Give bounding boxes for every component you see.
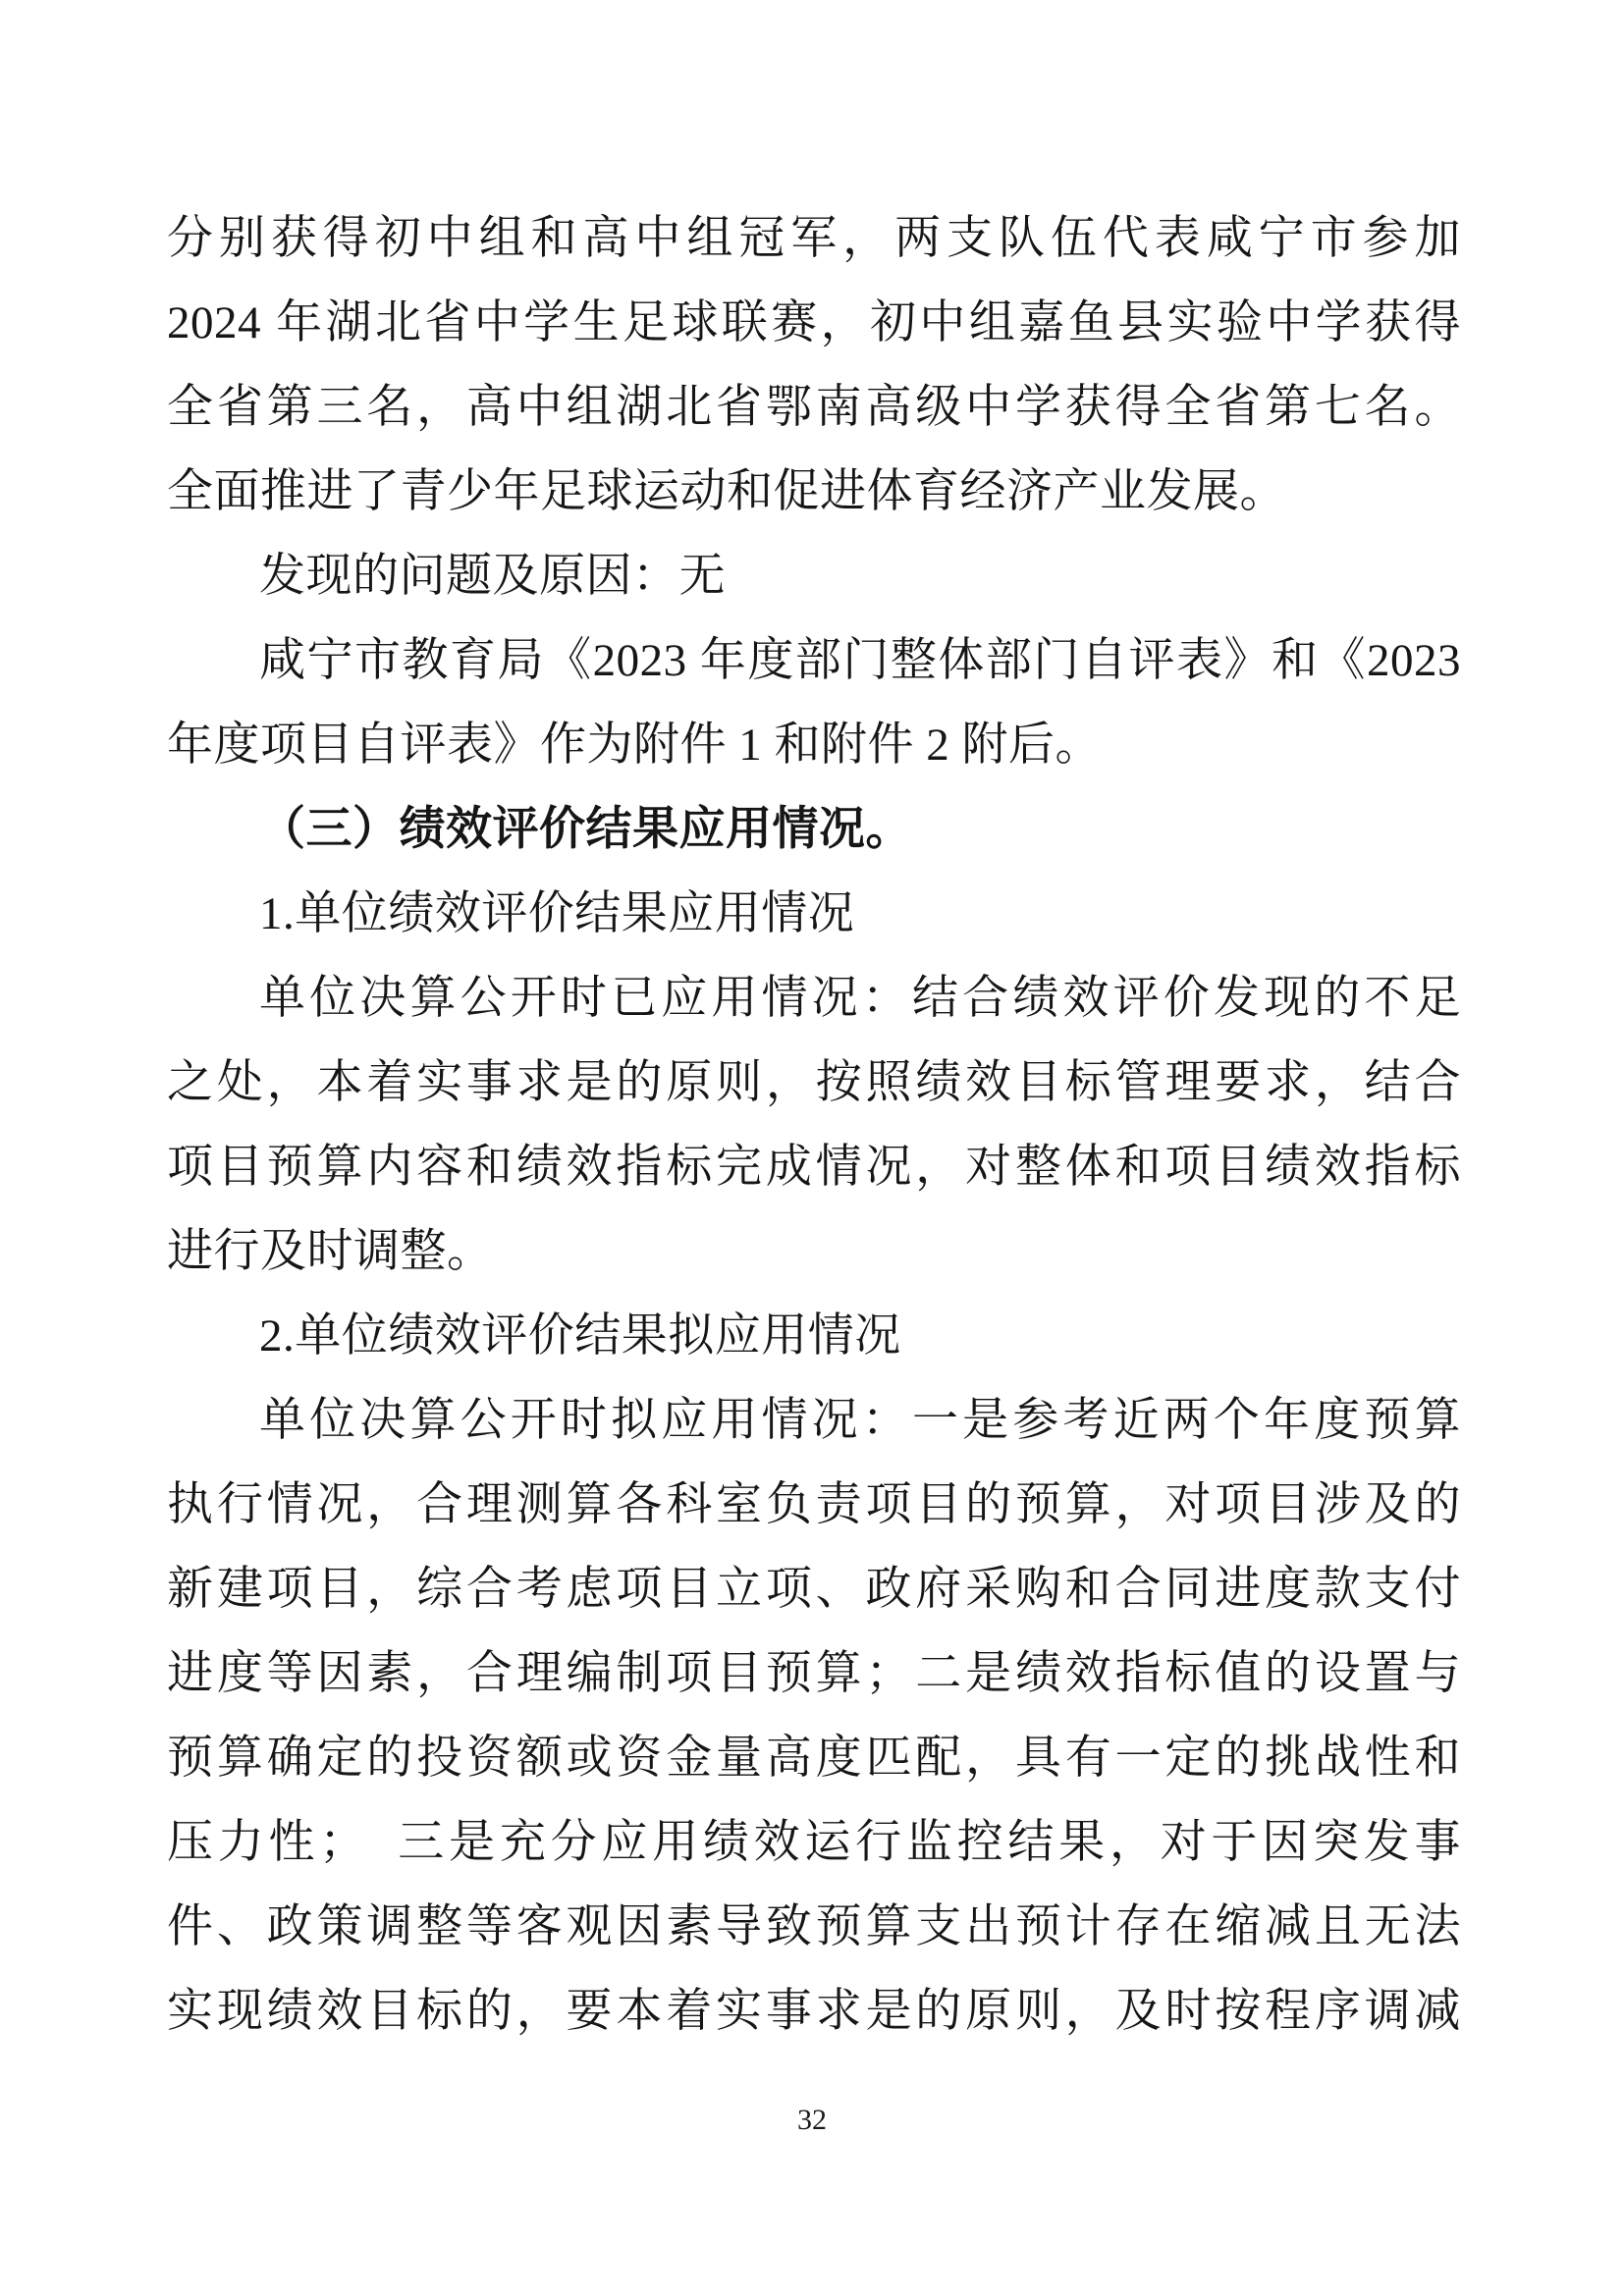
text-line: 单位决算公开时拟应用情况：一是参考近两个年度预算 — [167, 1378, 1461, 1463]
text-line: 咸宁市教育局《2023 年度部门整体部门自评表》和《2023 — [167, 618, 1461, 703]
text-line: 执行情况，合理测算各科室负责项目的预算，对项目涉及的 — [167, 1463, 1461, 1547]
text-line: 进度等因素，合理编制项目预算；二是绩效指标值的设置与 — [167, 1631, 1461, 1716]
text-line: 新建项目，综合考虑项目立项、政府采购和合同进度款支付 — [167, 1547, 1461, 1631]
text-line: 年度项目自评表》作为附件 1 和附件 2 附后。 — [167, 703, 1461, 787]
document-page: 分别获得初中组和高中组冠军，两支队伍代表咸宁市参加2024 年湖北省中学生足球联… — [0, 0, 1624, 2296]
text-line: 项目预算内容和绩效指标完成情况，对整体和项目绩效指标 — [167, 1125, 1461, 1209]
text-line: 全省第三名，高中组湖北省鄂南高级中学获得全省第七名。 — [167, 365, 1461, 450]
text-line: 2024 年湖北省中学生足球联赛，初中组嘉鱼县实验中学获得 — [167, 281, 1461, 365]
text-line: 全面推进了青少年足球运动和促进体育经济产业发展。 — [167, 450, 1461, 534]
text-line: 发现的问题及原因：无 — [167, 534, 1461, 618]
text-line: （三）绩效评价结果应用情况。 — [167, 787, 1461, 872]
text-line: 压力性； 三是充分应用绩效运行监控结果，对于因突发事 — [167, 1800, 1461, 1885]
text-line: 2.单位绩效评价结果拟应用情况 — [167, 1294, 1461, 1378]
text-line: 之处，本着实事求是的原则，按照绩效目标管理要求，结合 — [167, 1041, 1461, 1125]
text-line: 1.单位绩效评价结果应用情况 — [167, 872, 1461, 956]
text-line: 实现绩效目标的，要本着实事求是的原则，及时按程序调减 — [167, 1969, 1461, 2054]
text-line: 预算确定的投资额或资金量高度匹配，具有一定的挑战性和 — [167, 1716, 1461, 1800]
text-line: 进行及时调整。 — [167, 1209, 1461, 1294]
text-line: 分别获得初中组和高中组冠军，两支队伍代表咸宁市参加 — [167, 196, 1461, 281]
text-line: 件、政策调整等客观因素导致预算支出预计存在缩减且无法 — [167, 1885, 1461, 1969]
text-line: 单位决算公开时已应用情况：结合绩效评价发现的不足 — [167, 956, 1461, 1041]
page-number: 32 — [0, 2101, 1624, 2140]
document-body: 分别获得初中组和高中组冠军，两支队伍代表咸宁市参加2024 年湖北省中学生足球联… — [167, 196, 1461, 2054]
